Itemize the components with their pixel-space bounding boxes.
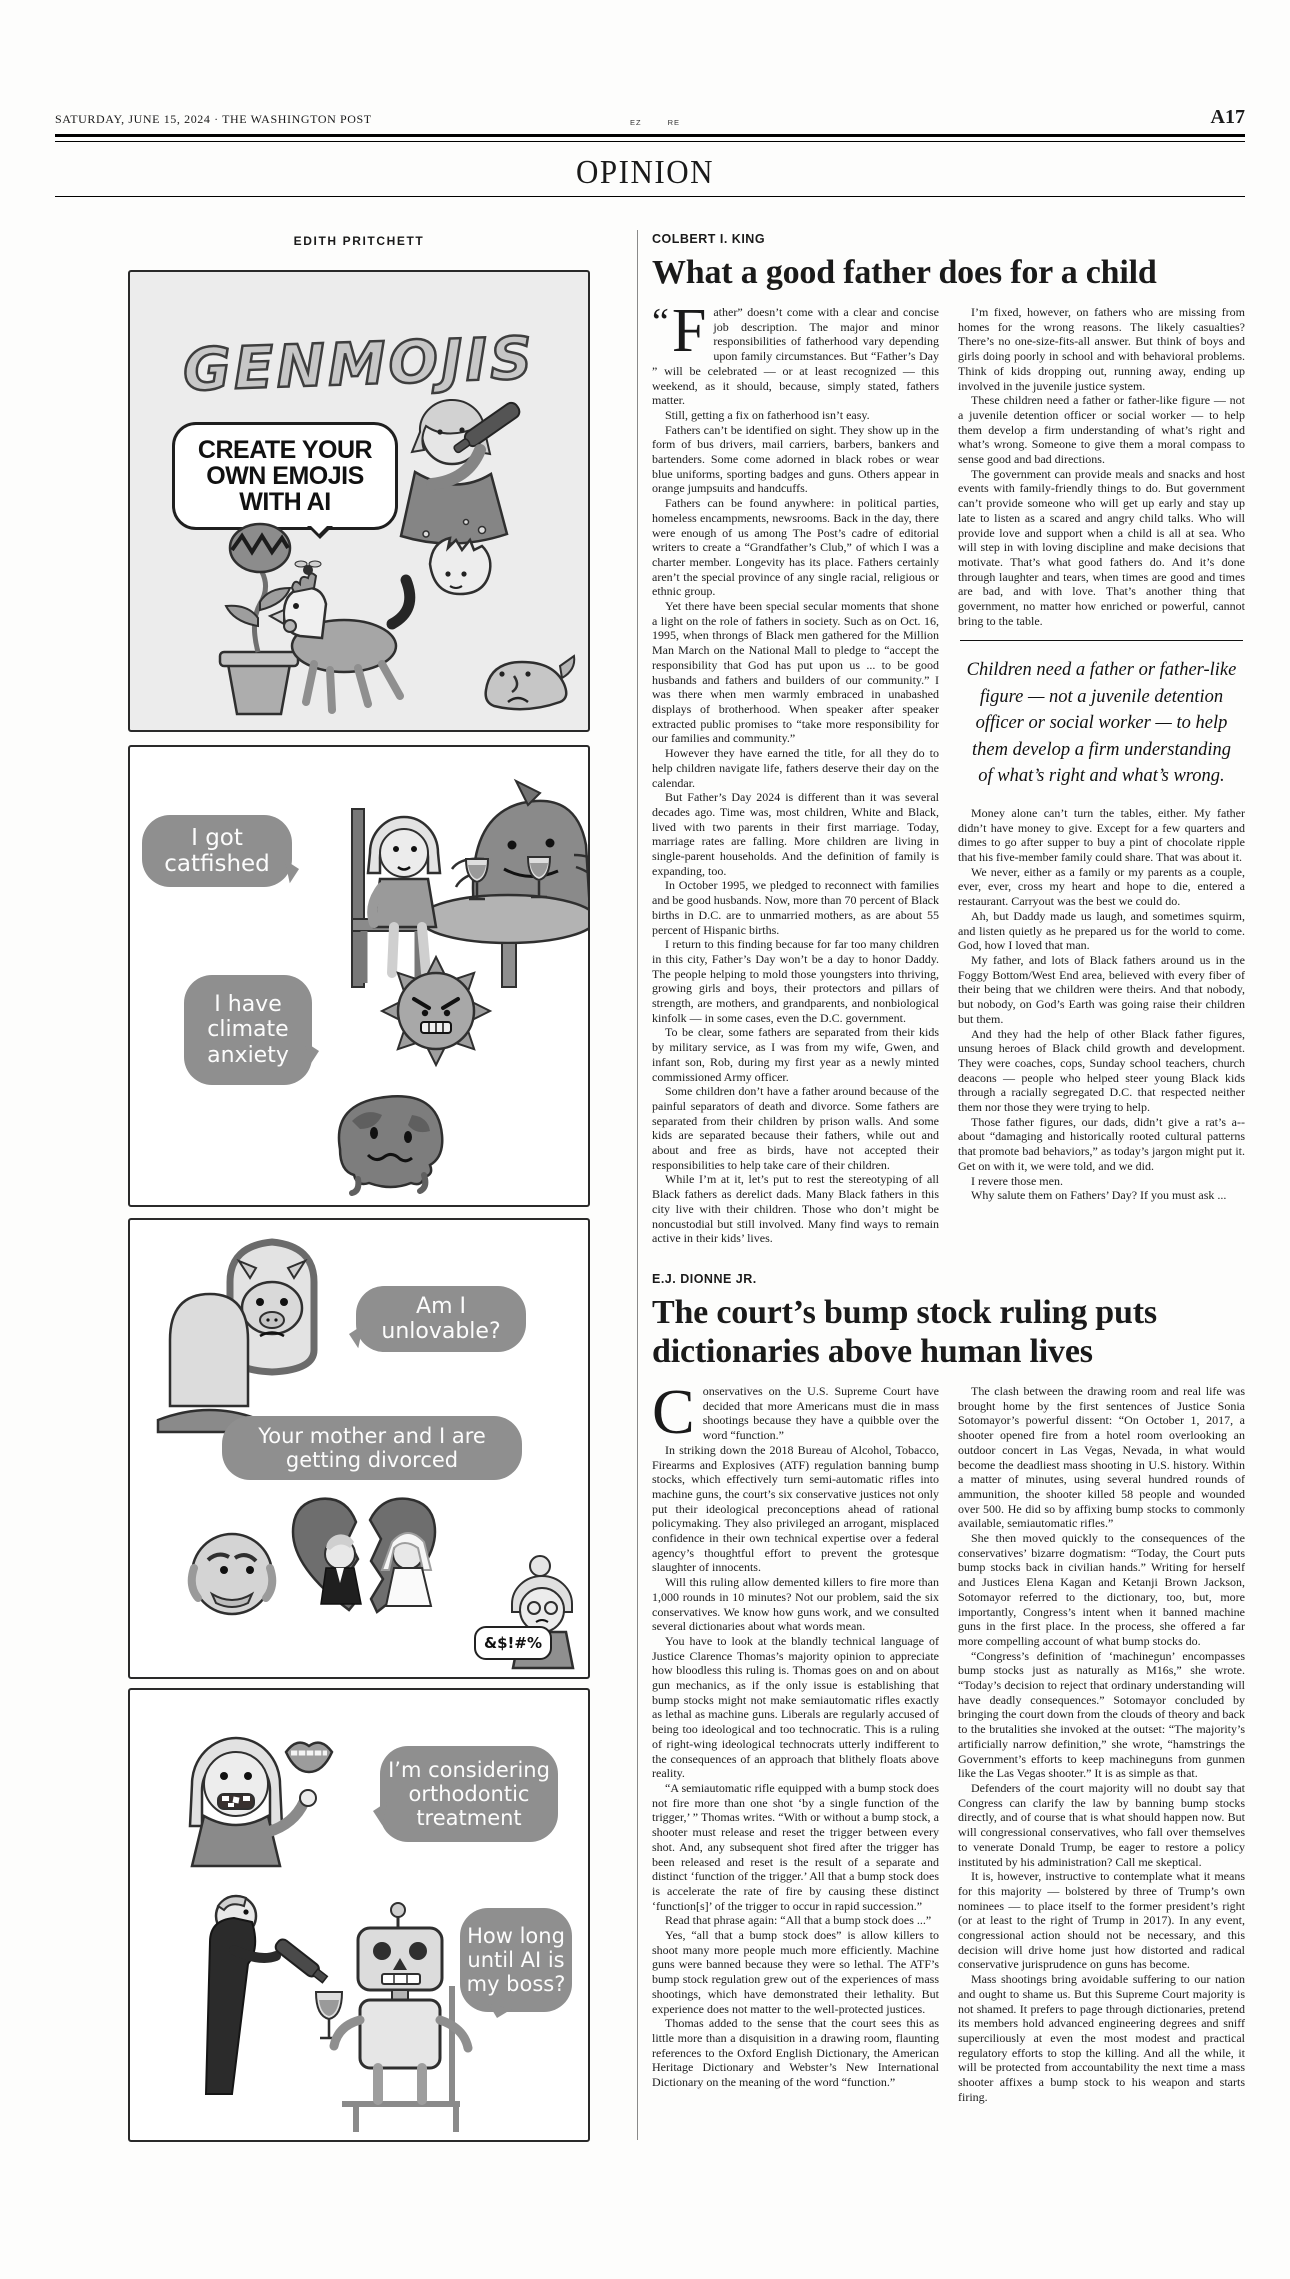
king-byline: COLBERT I. KING — [652, 232, 1245, 246]
article-paragraph: Some children don’t have a father around… — [652, 1084, 939, 1172]
dionne-dropcap: C — [652, 1387, 695, 1437]
article-paragraph: Mass shootings bring avoidable suffering… — [958, 1972, 1245, 2104]
article-paragraph: We never, either as a family or my paren… — [958, 865, 1245, 909]
speech-bubble-unlovable: Am I unlovable? — [356, 1286, 526, 1352]
catfish-figure — [452, 781, 588, 911]
article-paragraph: In October 1995, we pledged to reconnect… — [652, 878, 939, 937]
king-col1-paragraphs: Still, getting a fix on fatherhood isn’t… — [652, 408, 939, 1246]
dionne-column-1: Conservatives on the U.S. Supreme Court … — [652, 1384, 939, 2104]
article-paragraph: Will this ruling allow demented killers … — [652, 1575, 939, 1634]
section-title: OPINION — [0, 153, 1290, 192]
article-paragraph: Read that phrase again: “All that a bump… — [652, 1913, 939, 1928]
woman-drinking-figure — [401, 400, 522, 544]
edition-mark-re: RE — [668, 118, 680, 127]
article-paragraph: However they have earned the title, for … — [652, 746, 939, 790]
article-paragraph: I’m fixed, however, on fathers who are m… — [958, 305, 1245, 393]
article-paragraph: While I’m at it, let’s put to rest the s… — [652, 1172, 939, 1246]
article-paragraph: The clash between the drawing room and r… — [958, 1384, 1245, 1531]
speech-bubble-ai-boss: How long until AI is my boss? — [460, 1908, 572, 2012]
article-paragraph: These children need a father or father-l… — [958, 393, 1245, 467]
article-paragraph: But Father’s Day 2024 is different than … — [652, 790, 939, 878]
speech-bubble-divorce: Your mother and I are getting divorced — [222, 1416, 522, 1480]
article-paragraph: I return to this finding because for far… — [652, 937, 939, 1025]
broken-heart-figure — [293, 1499, 435, 1612]
dionne-byline: E.J. DIONNE JR. — [652, 1272, 1245, 1286]
article-paragraph: Those father figures, our dads, didn’t g… — [958, 1115, 1245, 1174]
pull-quote: Children need a father or father-like fi… — [960, 640, 1243, 794]
angry-sun-figure — [382, 957, 490, 1065]
dionne-col1-paragraphs: In striking down the 2018 Bureau of Alco… — [652, 1443, 939, 2090]
open-quote-mark: “ — [652, 307, 669, 337]
article-paragraph: “Congress’s definition of ‘machinegun’ e… — [958, 1649, 1245, 1781]
comic-panel-4: I’m considering orthodontic treatment Ho… — [128, 1688, 590, 2142]
articles-region: COLBERT I. KING What a good father does … — [652, 232, 1245, 2104]
article-paragraph: “A semiautomatic rifle equipped with a b… — [652, 1781, 939, 1913]
article-paragraph: In striking down the 2018 Bureau of Alco… — [652, 1443, 939, 1575]
king-dropcap: F — [672, 307, 706, 356]
article-paragraph: Ah, but Daddy made us laugh, and sometim… — [958, 909, 1245, 953]
article-paragraph: Why salute them on Fathers’ Day? If you … — [958, 1188, 1245, 1203]
king-column-2: I’m fixed, however, on fathers who are m… — [958, 305, 1245, 1246]
column-divider-rule — [637, 230, 638, 2140]
king-lead-paragraph: “Father” doesn’t come with a clear and c… — [652, 305, 939, 408]
dionne-column-2: The clash between the drawing room and r… — [958, 1384, 1245, 2104]
article-paragraph: She then moved quickly to the consequenc… — [958, 1531, 1245, 1649]
article-paragraph: Defenders of the court majority will no … — [958, 1781, 1245, 1869]
article-paragraph: Fathers can’t be identified on sight. Th… — [652, 423, 939, 497]
comic-panel-2: I got catfished I have climate anxiety — [128, 745, 590, 1207]
page-number: A17 — [1211, 106, 1245, 129]
header-double-rule — [55, 134, 1245, 142]
article-dionne: E.J. DIONNE JR. The court’s bump stock r… — [652, 1272, 1245, 2104]
speech-bubble-swear: &$!#% — [474, 1626, 552, 1660]
dateline: SATURDAY, JUNE 15, 2024 · THE WASHINGTON… — [55, 112, 372, 127]
article-paragraph: And they had the help of other Black fat… — [958, 1027, 1245, 1115]
dionne-lead-paragraph: Conservatives on the U.S. Supreme Court … — [652, 1384, 939, 1443]
dionne-lead-text: onservatives on the U.S. Supreme Court h… — [703, 1384, 939, 1442]
article-paragraph: It is, however, instructive to contempla… — [958, 1869, 1245, 1972]
speech-bubble-catfished: I got catfished — [142, 815, 292, 887]
king-headline: What a good father does for a child — [652, 253, 1245, 292]
melting-earth-figure — [339, 1096, 442, 1193]
article-paragraph: The government can provide meals and sna… — [958, 467, 1245, 629]
comic-panel-1: GENMOJIS CREATE YOUR OWN EMOJIS WITH AI — [128, 270, 590, 732]
article-paragraph: You have to look at the blandly technica… — [652, 1634, 939, 1781]
section-rule — [55, 196, 1245, 197]
robot-figure — [334, 1903, 468, 2132]
comic-byline: EDITH PRITCHETT — [128, 234, 590, 248]
speech-bubble-climate-anxiety: I have climate anxiety — [184, 975, 312, 1085]
old-man-figure — [192, 1534, 273, 1614]
dionne-headline-line2: dictionaries above human lives — [652, 1332, 1245, 1371]
comic-panel-3: Am I unlovable? Your mother and I are ge… — [128, 1218, 590, 1679]
speech-bubble-orthodontic: I’m considering orthodontic treatment — [380, 1746, 558, 1842]
dionne-headline-line1: The court’s bump stock ruling puts — [652, 1293, 1245, 1332]
article-paragraph: Yet there have been special secular mome… — [652, 599, 939, 746]
comic-panel-1-art — [130, 272, 588, 730]
fly-icon — [295, 561, 321, 575]
article-paragraph: Yes, “all that a bump stock does” is all… — [652, 1928, 939, 2016]
article-king: COLBERT I. KING What a good father does … — [652, 232, 1245, 1246]
king-col2-bottom-paragraphs: Money alone can’t turn the tables, eithe… — [958, 806, 1245, 1203]
article-paragraph: To be clear, some fathers are separated … — [652, 1025, 939, 1084]
person-back-figure — [158, 1294, 260, 1432]
king-column-1: “Father” doesn’t come with a clear and c… — [652, 305, 939, 1246]
article-paragraph: Still, getting a fix on fatherhood isn’t… — [652, 408, 939, 423]
article-paragraph: My father, and lots of Black fathers aro… — [958, 953, 1245, 1027]
edition-mark-ez: EZ — [630, 118, 642, 127]
article-paragraph: Fathers can be found anywhere: in politi… — [652, 496, 939, 599]
waiter-figure — [206, 1896, 329, 2094]
horse-rooster-figure — [270, 573, 410, 710]
blobfish-figure — [486, 656, 575, 709]
king-col2-top-paragraphs: I’m fixed, however, on fathers who are m… — [958, 305, 1245, 628]
edition-marks: EZRE — [630, 118, 706, 127]
dionne-col2-paragraphs: The clash between the drawing room and r… — [958, 1384, 1245, 2104]
lips-emoji-figure — [286, 1743, 332, 1772]
article-paragraph: Thomas added to the sense that the court… — [652, 2016, 939, 2090]
article-paragraph: I revere those men. — [958, 1174, 1245, 1189]
article-paragraph: Money alone can’t turn the tables, eithe… — [958, 806, 1245, 865]
woman-at-table-figure — [352, 809, 440, 987]
king-dropcap-group: “F — [652, 307, 706, 356]
